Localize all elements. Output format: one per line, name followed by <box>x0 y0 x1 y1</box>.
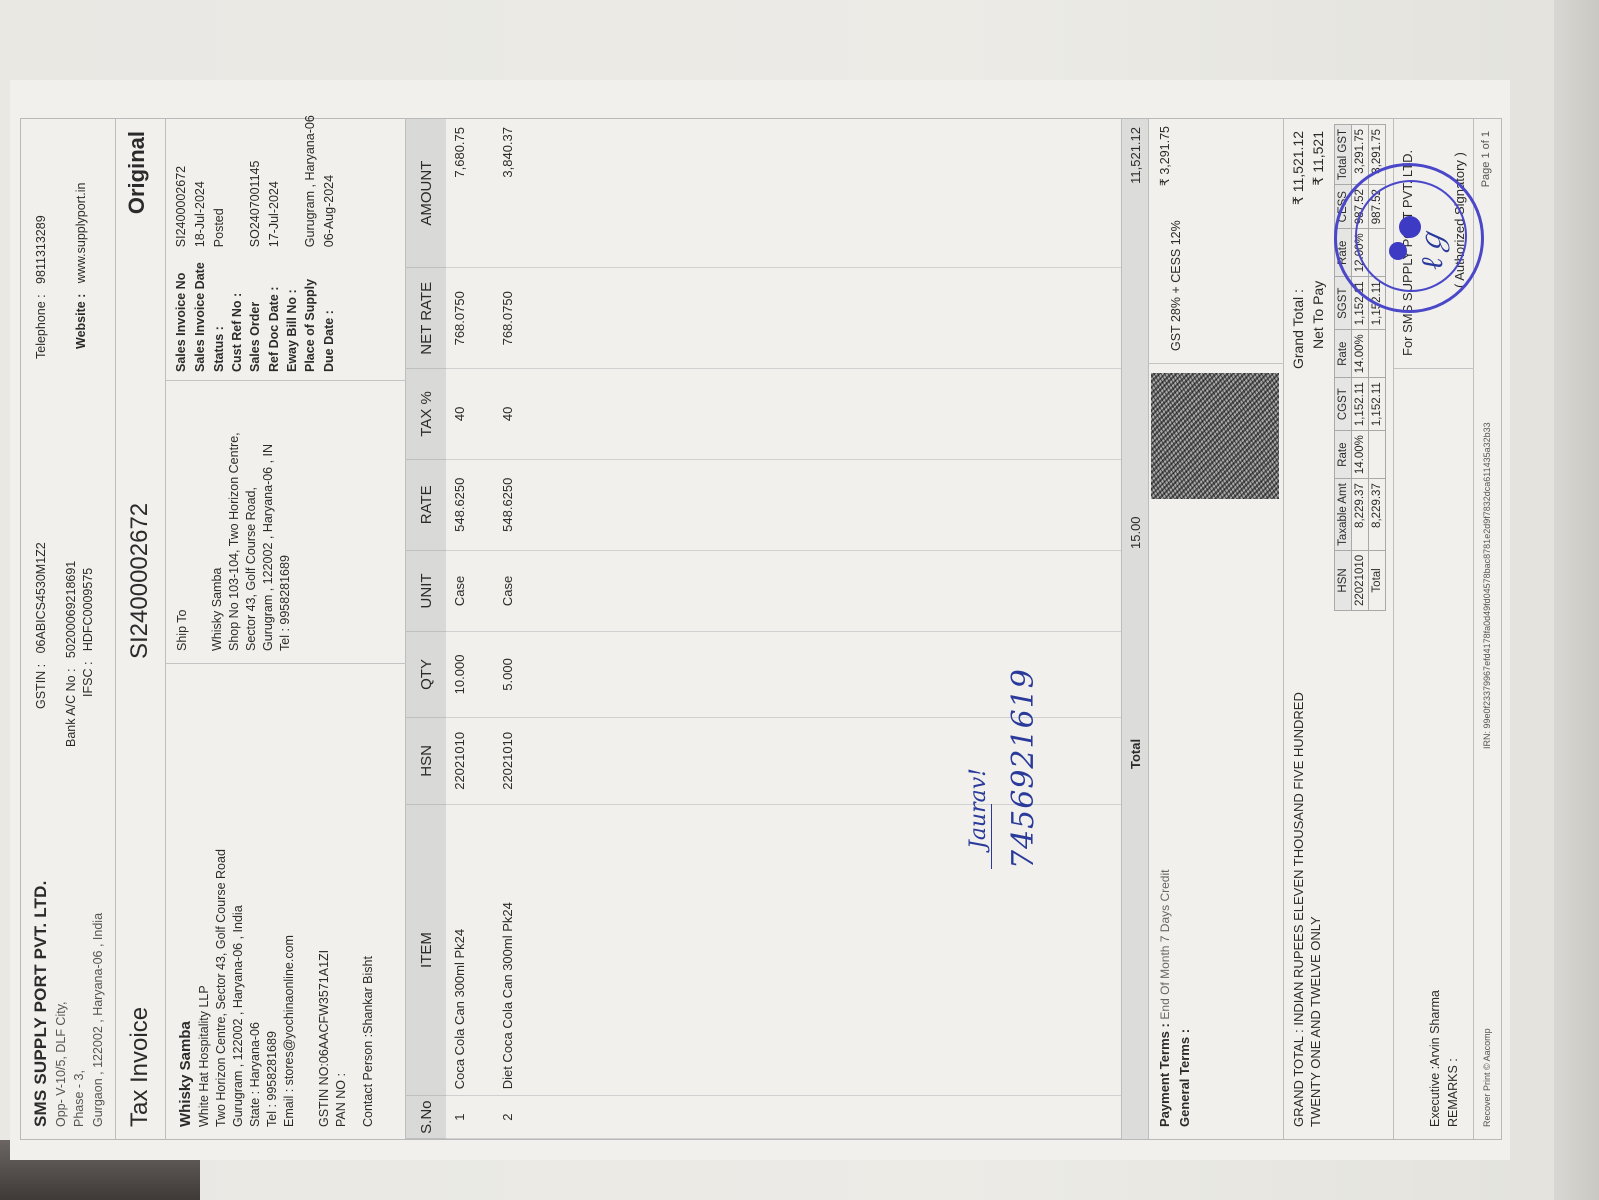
bill-to-line: Email : stores@yochinaonline.com <box>281 707 298 1127</box>
page-number: Page 1 of 1 <box>1480 131 1492 187</box>
meta-label: Sales Invoice No <box>172 248 191 372</box>
ifsc-value: HDFC0009575 <box>81 568 95 651</box>
meta-value: 06-Aug-2024 <box>320 114 339 248</box>
gst-column-header: Taxable Amt <box>1335 479 1352 551</box>
gst-column-header: CGST <box>1335 378 1352 431</box>
bill-to-line: Two Horizon Centre, Sector 43, Golf Cour… <box>213 707 230 1127</box>
table-cell: 10.000 <box>446 631 494 717</box>
payment-terms-label: Payment Terms : <box>1157 1023 1172 1127</box>
bill-to-line: Tel : 9958281689 <box>264 707 281 1127</box>
meta-label: Eway Bill No : <box>284 248 301 372</box>
gst-cell: 8,229.37 <box>1369 479 1386 551</box>
telephone-value: 9811313289 <box>34 215 48 284</box>
irn-text: IRN: 99e0f23379967efd4178fa0d49fd04578ba… <box>1482 422 1492 749</box>
table-cell: 548.6250 <box>446 459 494 550</box>
meta-label: Cust Ref No : <box>229 248 246 372</box>
background-edge <box>1554 0 1599 1200</box>
table-cell: Diet Coca Cola Can 300ml Pk24 <box>494 804 542 1096</box>
table-cell: 5.000 <box>494 631 542 717</box>
gst-cell <box>1369 431 1386 479</box>
signatory-box: For SMS SUPPLY PORT PVT. LTD. ( Authoriz… <box>1394 118 1474 369</box>
company-address-3: Gurgaon , 122002 , Haryana-06 , India <box>88 767 108 1127</box>
table-cell: Case <box>494 550 542 631</box>
column-header: ITEM <box>406 804 446 1096</box>
ship-to-line: Tel : 9958281689 <box>277 383 294 651</box>
column-header: HSN <box>406 717 446 804</box>
items-section: S.NoITEMHSNQTYUNITRATETAX %NET RATEAMOUN… <box>406 119 1121 1139</box>
tax-summary: GST 28% + CESS 12% ₹ 3,291.75 <box>1149 118 1284 364</box>
table-cell: 768.0750 <box>494 268 542 369</box>
bill-to-pan: PAN NO : <box>333 707 350 1127</box>
gst-cell: 1,152.11 <box>1369 378 1386 431</box>
page-footer: Recover Print © Aacomp IRN: 99e0f2337996… <box>1474 119 1500 1139</box>
meta-row: Cust Ref No : <box>229 114 246 372</box>
bill-to-name: Whisky Samba <box>176 707 196 1127</box>
terms-row: Payment Terms : End Of Month 7 Days Cred… <box>1149 119 1284 1139</box>
total-row: Total 15.00 11,521.12 <box>1121 119 1149 1139</box>
amount-in-words: GRAND TOTAL : INDIAN RUPEES ELEVEN THOUS… <box>1290 657 1324 1127</box>
gst-cell: 8,229.37 <box>1352 479 1369 551</box>
meta-value <box>229 114 246 248</box>
meta-value <box>284 114 301 248</box>
invoice-number-title: SI2400002672 <box>126 503 154 659</box>
total-amount: 11,521.12 <box>1128 127 1143 184</box>
gst-cell <box>1369 330 1386 378</box>
column-header: NET RATE <box>406 268 446 369</box>
column-header: RATE <box>406 459 446 550</box>
company-address-2: Phase - 3, <box>71 767 88 1127</box>
meta-row: Status :Posted <box>210 114 229 372</box>
meta-label: Place of Supply <box>301 248 320 372</box>
website-label: Website : <box>74 294 88 349</box>
table-cell: 548.6250 <box>494 459 542 550</box>
invoice-meta: Sales Invoice NoSI2400002672Sales Invoic… <box>166 118 406 381</box>
gstin-value: 06ABICS4530M1Z2 <box>34 542 48 653</box>
gst-cell: 22021010 <box>1352 550 1369 610</box>
website-value: www.supplyport.in <box>74 182 88 283</box>
tax-amount: ₹ 3,291.75 <box>1157 126 1172 186</box>
company-stamp: ℓℊ <box>1334 163 1484 313</box>
company-address-1: Opp- V-10/5, DLF City, <box>51 767 71 1127</box>
ship-to-title: Ship To <box>174 383 191 651</box>
gst-column-header: Rate <box>1335 431 1352 479</box>
table-cell: 40 <box>446 369 494 459</box>
company-header: SMS SUPPLY PORT PVT. LTD. Opp- V-10/5, D… <box>21 119 116 1139</box>
bill-to-line: Gurugram , 122002 , Haryana-06 , India <box>230 707 247 1127</box>
invoice-page: SMS SUPPLY PORT PVT. LTD. Opp- V-10/5, D… <box>10 80 1510 1160</box>
table-cell: 2 <box>494 1096 542 1139</box>
invoice-meta-table: Sales Invoice NoSI2400002672Sales Invoic… <box>172 114 339 372</box>
net-to-pay-value: ₹ 11,521 <box>1310 131 1327 186</box>
table-filler <box>542 119 1121 1139</box>
meta-value: SO2407001145 <box>246 114 265 248</box>
title-row: Tax Invoice SI2400002672 Original <box>116 119 166 1139</box>
ship-to-line: Shop No 103-104, Two Horizon Centre, <box>226 383 243 651</box>
bill-to: Whisky Samba White Hat Hospitality LLP T… <box>176 707 377 1127</box>
meta-label: Ref Doc Date : <box>265 248 284 372</box>
handwritten-name: Jaurav! <box>966 768 991 849</box>
ship-to-name: Whisky Samba <box>209 383 226 651</box>
column-header: S.No <box>406 1096 446 1139</box>
ifsc-label: IFSC : <box>81 662 95 697</box>
meta-row: Ref Doc Date :17-Jul-2024 <box>265 114 284 372</box>
meta-row: Sales Invoice NoSI2400002672 <box>172 114 191 372</box>
table-cell: 7,680.75 <box>446 119 494 268</box>
doc-type-title: Tax Invoice <box>126 1007 154 1127</box>
telephone-label: Telephone : <box>34 294 48 359</box>
meta-label: Sales Order <box>246 248 265 372</box>
ship-to-line: Sector 43, Golf Course Road, <box>243 383 260 651</box>
parties-section: Whisky Samba White Hat Hospitality LLP T… <box>166 119 406 1139</box>
handwritten-phone: 7456921619 <box>1006 668 1041 869</box>
gst-cell: Total <box>1369 550 1386 610</box>
grand-total-value: ₹ 11,521.12 <box>1290 131 1307 205</box>
stamp-dot <box>1389 242 1407 260</box>
total-label: Total <box>1128 739 1143 769</box>
executive: Executive :Arvin Sharma <box>1428 990 1442 1127</box>
table-cell: 22021010 <box>446 717 494 804</box>
copy-label: Original <box>124 131 150 214</box>
table-cell: 768.0750 <box>446 268 494 369</box>
ship-to-line: Gurugram , 122002 , Haryana-06 , IN <box>260 383 277 651</box>
meta-value: 18-Jul-2024 <box>191 114 210 248</box>
table-cell: 1 <box>446 1096 494 1139</box>
meta-value: Gurugram , Haryana-06 <box>301 114 320 248</box>
meta-value: SI2400002672 <box>172 114 191 248</box>
bill-to-contact: Contact Person :Shankar Bisht <box>360 707 377 1127</box>
company-name: SMS SUPPLY PORT PVT. LTD. <box>31 767 51 1127</box>
table-cell: Coca Cola Can 300ml Pk24 <box>446 804 494 1096</box>
meta-label: Due Date : <box>320 248 339 372</box>
meta-row: Sales Invoice Date18-Jul-2024 <box>191 114 210 372</box>
bill-to-gstin: GSTIN NO:06AACFW3571A1ZI <box>316 707 333 1127</box>
grand-total-label: Grand Total : <box>1290 289 1306 369</box>
meta-label: Status : <box>210 248 229 372</box>
gst-column-header: HSN <box>1335 550 1352 610</box>
bank-account: 50200069218691 <box>64 561 78 658</box>
meta-value: 17-Jul-2024 <box>265 114 284 248</box>
tax-note: GST 28% + CESS 12% <box>1169 220 1183 351</box>
gst-cell: 14.00% <box>1352 431 1369 479</box>
bill-to-line: White Hat Hospitality LLP <box>196 707 213 1127</box>
items-table: S.NoITEMHSNQTYUNITRATETAX %NET RATEAMOUN… <box>406 119 1121 1139</box>
remarks-label: REMARKS : <box>1446 1058 1460 1127</box>
meta-row: Sales OrderSO2407001145 <box>246 114 265 372</box>
gstin-label: GSTIN : <box>34 664 48 709</box>
qr-code <box>1151 373 1279 499</box>
handwritten-underline <box>991 804 992 869</box>
meta-label: Sales Invoice Date <box>191 248 210 372</box>
table-row: 1Coca Cola Can 300ml Pk242202101010.000C… <box>446 119 494 1139</box>
meta-row: Due Date :06-Aug-2024 <box>320 114 339 372</box>
printed-by: Recover Print © Aacomp <box>1482 1028 1492 1127</box>
bank-label: Bank A/C No : <box>64 668 78 747</box>
table-cell: 3,840.37 <box>494 119 542 268</box>
invoice-frame: SMS SUPPLY PORT PVT. LTD. Opp- V-10/5, D… <box>20 118 1502 1140</box>
general-terms-label: General Terms : <box>1177 1029 1192 1127</box>
bill-to-line: State : Haryana-06 <box>247 707 264 1127</box>
gst-column-header: Total GST <box>1335 124 1352 184</box>
ship-to: Ship To Whisky Samba Shop No 103-104, Tw… <box>166 383 406 664</box>
column-header: AMOUNT <box>406 119 446 268</box>
meta-row: Place of SupplyGurugram , Haryana-06 <box>301 114 320 372</box>
gst-cell: 1,152.11 <box>1352 378 1369 431</box>
table-cell: Case <box>446 550 494 631</box>
payment-terms-value: End Of Month 7 Days Credit <box>1158 870 1172 1020</box>
table-cell: 22021010 <box>494 717 542 804</box>
column-header: UNIT <box>406 550 446 631</box>
signature-scribble: ℓℊ <box>1407 228 1451 271</box>
column-header: TAX % <box>406 369 446 459</box>
gst-column-header: SGST <box>1335 277 1352 330</box>
meta-row: Eway Bill No : <box>284 114 301 372</box>
table-row: 2Diet Coca Cola Can 300ml Pk24220210105.… <box>494 119 542 1139</box>
gst-cell: 14.00% <box>1352 330 1369 378</box>
total-qty: 15.00 <box>1128 516 1143 549</box>
signature-section: Executive :Arvin Sharma REMARKS : For SM… <box>1394 119 1474 1139</box>
column-header: QTY <box>406 631 446 717</box>
net-to-pay-label: Net To Pay <box>1310 281 1326 349</box>
payment-terms: Payment Terms : End Of Month 7 Days Cred… <box>1157 870 1172 1128</box>
meta-value: Posted <box>210 114 229 248</box>
gst-column-header: Rate <box>1335 330 1352 378</box>
table-cell: 40 <box>494 369 542 459</box>
